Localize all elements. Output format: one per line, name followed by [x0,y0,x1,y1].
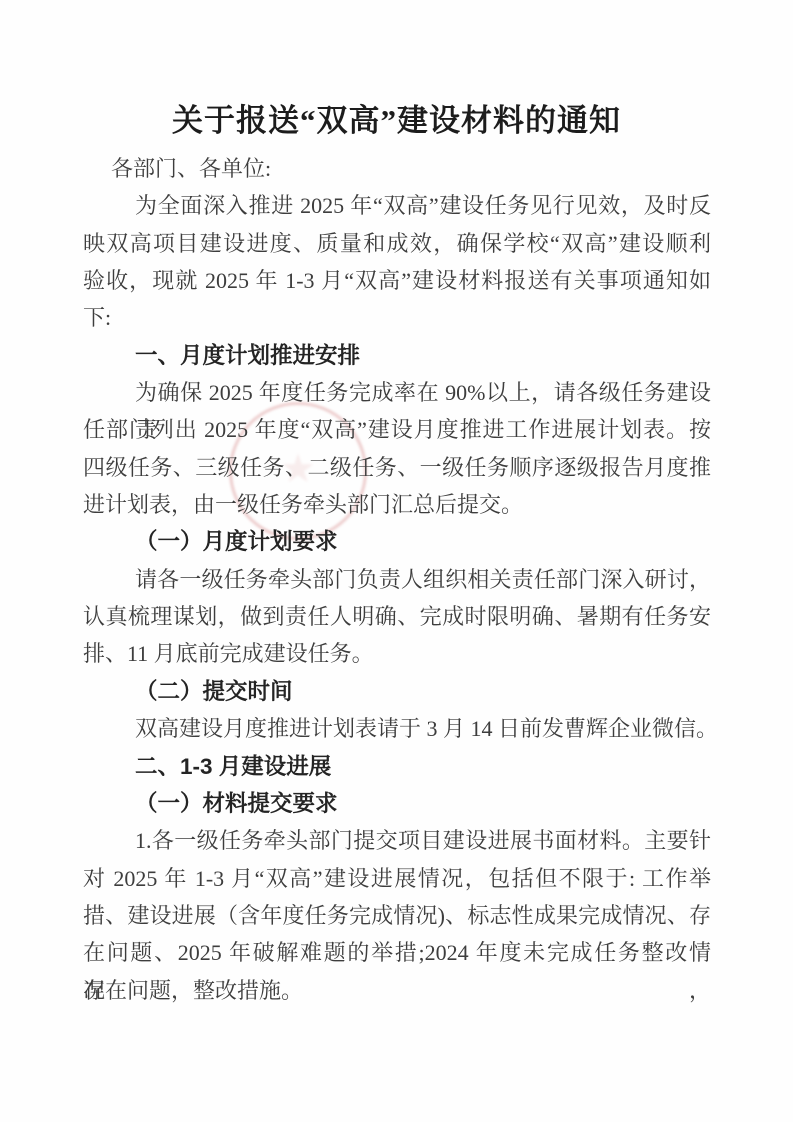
section-heading: （一）材料提交要求 [83,785,711,822]
document-line: 下: [83,299,711,336]
document-line: 映双高项目建设进度、质量和成效，确保学校“双高”建设顺利 [83,225,711,262]
document-line: 措、建设进展（含年度任务完成情况)、标志性成果完成情况、存 [83,897,711,934]
document-line: 任部门列出 2025 年度“双高”建设月度推进工作进展计划表。按 [83,411,711,448]
document-line: 请各一级任务牵头部门负责人组织相关责任部门深入研讨， [83,561,711,598]
document-title: 关于报送“双高”建设材料的通知 [0,95,793,140]
document-body: 各部门、各单位:为全面深入推进 2025 年“双高”建设任务见行见效，及时反映双… [83,150,711,1009]
document-line: 认真梳理谋划，做到责任人明确、完成时限明确、暑期有任务安 [83,598,711,635]
document-line: 双高建设月度推进计划表请于 3 月 14 日前发曹辉企业微信。 [83,710,711,747]
document-line: 在问题、2025 年破解难题的举措;2024 年度未完成任务整改情况， [83,934,711,971]
document-line: 进计划表，由一级任务牵头部门汇总后提交。 [83,486,711,523]
section-heading: （二）提交时间 [83,673,711,710]
document-line: 1.各一级任务牵头部门提交项目建设进展书面材料。主要针 [83,822,711,859]
document-line: 排、11 月底前完成建设任务。 [83,635,711,672]
document-line: 为全面深入推进 2025 年“双高”建设任务见行见效，及时反 [83,187,711,224]
section-heading: 一、月度计划推进安排 [83,337,711,374]
document-line: 对 2025 年 1-3 月“双高”建设进展情况，包括但不限于: 工作举 [83,860,711,897]
section-heading: （一）月度计划要求 [83,523,711,560]
document-line: 为确保 2025 年度任务完成率在 90%以上，请各级任务建设责 [83,374,711,411]
document-line: 各部门、各单位: [83,150,711,187]
document-line: 四级任务、三级任务、二级任务、一级任务顺序逐级报告月度推 [83,449,711,486]
document-line: 验收，现就 2025 年 1-3 月“双高”建设材料报送有关事项通知如 [83,262,711,299]
section-heading: 二、1-3 月建设进展 [83,748,711,785]
scanned-notice-page: 关于报送“双高”建设材料的通知 ★ 各部门、各单位:为全面深入推进 2025 年… [0,0,793,1122]
